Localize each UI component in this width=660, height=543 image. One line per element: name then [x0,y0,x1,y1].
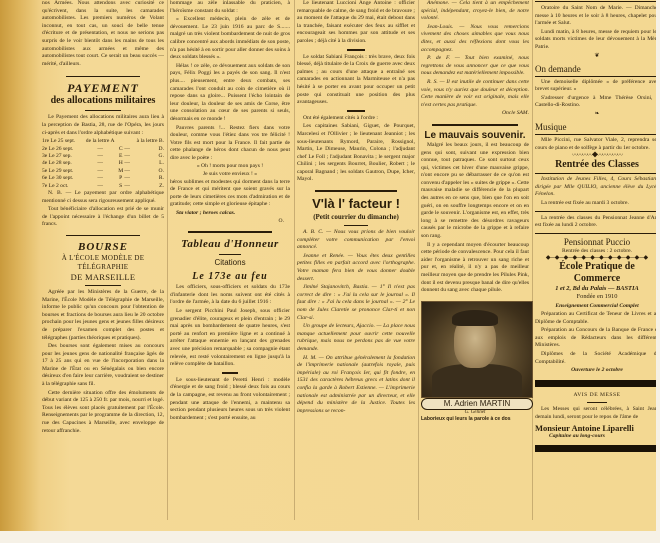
schedule-row: 5e Le 29 sept.—M—O. [42,168,164,175]
photo-caption: Laborieux qui leurs la parole à ce dos [421,416,529,423]
portrait-hair [452,310,498,326]
on-demande-title: On demande [535,64,659,77]
bourse-subtitle: À L'ÉCOLE MODÈLE DE TÉLÉGRAPHIE [42,254,164,272]
schedule-cell: 5e Le 29 sept. [42,168,83,175]
schedule-row: 7e Le 2 oct.—S—Z. [42,183,164,190]
intro-paragraph: nos Armées. Nous attendons avec curiosit… [42,0,164,68]
bourse-title: BOURSE [42,240,164,254]
schedule-cell: — [83,175,118,182]
schedule-cell: 4e Le 28 sep. [42,160,83,167]
payement-title: PAYEMENT [42,81,164,95]
letter-reply: R. S. — Il est inutile de continuer dans… [421,79,529,109]
puccio-title: Pensionnat Puccio [535,237,659,248]
tableau-paragraph: Le sous-lieutenant de Peretti Henri : mo… [170,377,290,423]
column-divider [532,0,533,520]
divider [66,235,139,236]
portrait-coat [432,364,522,397]
schedule-cell: Z. [131,183,164,190]
tableau-subtitle: Citations [170,258,290,268]
divider [219,254,241,255]
notice-paragraph: Oratoire du Saint Nom de Marie. — Dimanc… [535,5,659,28]
schedule-cell: — [83,160,118,167]
divider [344,225,368,226]
schedule-cell: R. [131,175,164,182]
schedule-row: 6e Le 30 sept.—P—R. [42,175,164,182]
payement-nb: N. B. — Le payement par ordre alphabétiq… [42,190,164,205]
notice-paragraph: Préparation au Certificat de Teneur de L… [535,311,659,326]
schedule-cell: — [124,168,131,175]
letter-reply: A. B. C. — Nous vous prions de bien voul… [297,229,415,252]
notice-paragraph: Préparation au Concours de la Banque de … [535,327,659,350]
schedule-cell: — [124,153,131,160]
column-1: nos Armées. Nous attendons avec curiosit… [42,0,164,436]
signature: Oncle SAM. [421,110,529,118]
divider [222,372,239,374]
bourse-subtitle-2: DE MARSEILLE [42,272,164,282]
musique-title: Musique [535,122,659,135]
schedule-cell: 2e Le 26 sept. [42,146,83,153]
article-paragraph: Pauvres parents !... Restez fiers dans v… [170,125,290,163]
tableau-paragraph: Les officiers, sous-officiers et soldats… [170,284,290,307]
column-divider [418,0,419,520]
messe-name: Monsieur Antoine Liparelli [535,423,659,433]
portrait-name-plate: M. Adrien MARTIN [421,398,533,410]
newspaper-page: nos Armées. Nous attendons avec curiosit… [0,0,660,543]
divider [315,190,398,192]
rentree-title: Rentrée des Classes [535,159,659,174]
divider [85,285,122,286]
notice-paragraph: Institution de Jeunes Filles, 4, Cours S… [535,176,659,199]
divider [188,231,272,233]
citation-paragraph: Les capitaines Sabiani, Giguet, de Pourq… [297,123,415,184]
schedule-row: 2e Le 26 sept.—C—D. [42,146,164,153]
letter-reply: P. de F. — Tout bien examiné, nous regre… [421,55,529,78]
schedule-cell: à la lettre B. [131,138,164,145]
schedule-cell: 3e Le 27 sep. [42,153,83,160]
poem-line: « Oh ! morts pour mon pays ! [170,163,290,171]
schedule-cell: — [83,153,118,160]
divider [347,49,366,51]
divider [535,1,659,2]
schedule-cell: D. [131,146,164,153]
column-4: Anémone. — Cela tient à un empêchement s… [421,0,529,423]
article-paragraph: Hélas ! ce zèle, ce dévouement aux solda… [170,63,290,124]
notice-paragraph: Lundi matin, à 8 heures, messe de requie… [535,29,659,52]
mourning-bar [535,380,659,387]
divider [535,233,659,234]
letter-reply: H. M. — On attribue généralement la fond… [297,355,415,416]
schedule-cell: — [124,146,131,153]
schedule-cell: — [124,160,131,167]
schedule-cell: — [124,183,131,190]
citation-quote: « Excellent médecin, plein de zèle et de… [170,16,290,62]
letter-reply: Jimlné Stajanovitch, Bastia. — 1° Il n'e… [297,284,415,322]
messe-title: AVIS DE MESSE [535,392,659,400]
schedule-cell: de la lettre A [83,138,118,145]
paper-edge [0,531,660,543]
facteur-title: V'là l' facteur ! [297,196,415,212]
paper-edge [656,0,660,543]
schedule-cell: C [118,146,124,153]
schedule-cell: 7e Le 2 oct. [42,183,83,190]
commerce-founded: Fondée en 1910 [535,293,659,301]
signature: O. [170,218,290,226]
notice-paragraph: Mlle Piccini, rue Salvator Viale, 2, rep… [535,137,659,152]
tableau-title: Tableau d'Honneur [170,237,290,251]
column-5: Oratoire du Saint Nom de Marie. — Dimanc… [535,0,659,457]
portrait-photo [421,301,533,398]
schedule-cell: — [124,175,131,182]
citation-paragraph: Le soldat Sabiani François : très brave,… [297,54,415,107]
divider [432,124,518,126]
bourse-paragraph: Agréée par les Ministères de la Guerre, … [42,289,164,342]
letter-reply: Jean-Louis. — Nous vous remercions vivem… [421,24,529,54]
column-divider [294,0,295,520]
tableau-heading: Le 173e au feu [170,270,290,284]
tableau-paragraph: Le sergent Picchini Paul Joseph, sous of… [170,308,290,369]
payement-intro: Le Payement des allocations militaires a… [42,114,164,137]
divider [66,76,139,77]
notice-paragraph: Une demoiselle diplômée « de préférence … [535,79,659,94]
payement-schedule: 1re Le 25 sept.de la lettre Aà la lettre… [42,138,164,190]
notice-paragraph: Rentrée des classes : 2 octobre. [535,248,659,256]
souvenir-paragraph: Il y a cependant moyen d'écourter beauco… [421,242,529,295]
schedule-cell: G. [131,153,164,160]
schedule-cell: 1re Le 25 sept. [42,138,83,145]
notice-paragraph: Les Messes qui seront célébrées, à Saint… [535,406,659,421]
facteur-subtitle: (Petit courrier du dimanche) [297,212,415,222]
notice-paragraph: S'adresser d'urgence à Mme Thérèse Orsin… [535,95,659,110]
schedule-cell: — [83,146,118,153]
poem-line: Je suis votre envieux ! » [170,171,290,179]
divider [85,110,122,111]
citation-paragraph: Le lieutenant Luccioni Ange Antoine : of… [297,0,415,46]
column-2: hommage au zèle inlassable du praticien,… [170,0,290,423]
schedule-cell: L. [131,160,164,167]
column-3: Le lieutenant Luccioni Ange Antoine : of… [297,0,415,416]
commerce-address: 1 et 2, Bd du Palais — BASTIA [535,285,659,293]
payement-subtitle: des allocations militaires [42,95,164,107]
messe-role: Capitaine au long-cours [535,433,659,441]
column-divider [167,0,168,520]
commerce-title: École Pratique de Commerce [535,261,659,285]
notice-paragraph: Diplômes de la Société Académique de Com… [535,351,659,366]
commerce-opening: Ouverture le 2 octobre [535,367,659,375]
bourse-paragraph: Cette dernière situation offre des émolu… [42,390,164,436]
bourse-paragraph: Des bourses sont également mises au conc… [42,343,164,389]
letter-reply: Jeanne et Renée. — Vous êtes deux gentil… [297,253,415,283]
divider [347,110,366,112]
schedule-cell: — [83,168,118,175]
payement-note: Tout bénéficiaire d'allocation est prié … [42,206,164,229]
ornament: ❧ [535,111,659,118]
notice-paragraph: La rentrée est fixée au mardi 3 octobre. [535,200,659,208]
schedule-cell: O. [131,168,164,175]
commerce-subtitle: Enseignement Commercial Complet [535,303,659,311]
schedule-cell [124,138,131,145]
epitaph: Sta viator ; heroes calcas. [170,210,290,218]
souvenir-paragraph: Malgré les beaux jours, il est beaucoup … [421,142,529,241]
souvenir-title: Le mauvais souvenir. [421,130,529,142]
notice-paragraph: La rentrée des classes du Pensionnat Jea… [535,215,659,230]
letter-reply: Anémone. — Cela tient à un empêchement s… [421,0,529,23]
schedule-row: 1re Le 25 sept.de la lettre Aà la lettre… [42,138,164,145]
ornament: ❦ [535,53,659,60]
schedule-cell: 6e Le 30 sept. [42,175,83,182]
citation-paragraph: Ont été également cités à l'ordre : [297,115,415,123]
schedule-cell: M [118,168,124,175]
schedule-row: 4e Le 28 sep.—H—L. [42,160,164,167]
letter-reply: Un groupe de lecteurs, Ajaccio. — La pla… [297,323,415,353]
mourning-bar [535,445,659,452]
article-paragraph: hommage au zèle inlassable du praticien,… [170,0,290,15]
divider [535,211,659,212]
schedule-cell: — [83,183,118,190]
schedule-row: 3e Le 27 sep.—E—G. [42,153,164,160]
divider [587,402,607,403]
article-paragraph: héros sublimes et modestes qui dorment d… [170,179,290,209]
